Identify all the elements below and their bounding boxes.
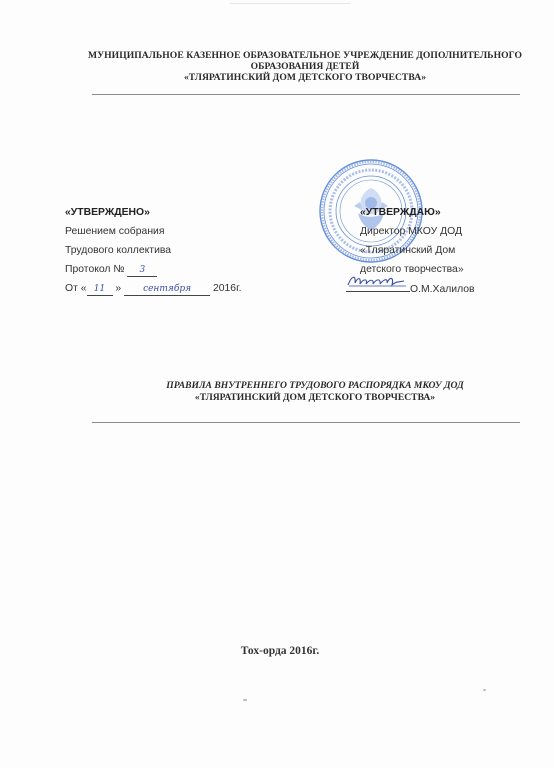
approved-line-1: Решением собрания [65,222,305,241]
document-title: ПРАВИЛА ВНУТРЕННЕГО ТРУДОВОГО РАСПОРЯДКА… [100,380,530,404]
header-line-1: МУНИЦИПАЛЬНОЕ КАЗЕННОЕ ОБРАЗОВАТЕЛЬНОЕ У… [80,50,530,61]
date-line: От «11 » сентября 2016г. [65,279,305,298]
title-line-2: «ТЛЯРАТИНСКИЙ ДОМ ДЕТСКОГО ТВОРЧЕСТВА» [100,392,530,404]
confirm-block: «УТВЕРЖДАЮ» Директор МКОУ ДОД «Тляратинс… [360,203,530,299]
date-year: 2016г. [213,283,242,294]
scan-speck [243,699,247,701]
date-month-field: сентября [124,284,210,296]
date-prefix: От « [65,283,87,294]
approved-line-2: Трудового коллектива [65,241,305,260]
signature-line: О.М.Халилов [346,279,530,299]
approved-heading: «УТВЕРЖДЕНО» [65,203,305,222]
header-divider [92,94,520,95]
signatory-name: О.М.Халилов [410,284,475,295]
protocol-label: Протокол № [65,264,125,275]
approved-block: «УТВЕРЖДЕНО» Решением собрания Трудового… [65,203,305,298]
organization-header: МУНИЦИПАЛЬНОЕ КАЗЕННОЕ ОБРАЗОВАТЕЛЬНОЕ У… [80,50,530,83]
title-divider [92,422,520,423]
protocol-line: Протокол № 3 [65,260,305,279]
confirm-line-2: «Тляратинский Дом [360,241,530,260]
scan-speck [483,689,486,691]
date-mid: » [115,283,121,294]
date-day-field: 11 [87,284,113,296]
scan-edge-mark [230,3,350,4]
confirm-heading: «УТВЕРЖДАЮ» [360,203,530,222]
signature-icon [346,279,410,292]
place-and-year: Тох-орда 2016г. [200,645,360,657]
confirm-line-1: Директор МКОУ ДОД [360,222,530,241]
title-line-1: ПРАВИЛА ВНУТРЕННЕГО ТРУДОВОГО РАСПОРЯДКА… [100,380,530,392]
header-line-3: «ТЛЯРАТИНСКИЙ ДОМ ДЕТСКОГО ТВОРЧЕСТВА» [80,72,530,83]
header-line-2: ОБРАЗОВАНИЯ ДЕТЕЙ [80,61,530,72]
protocol-number-field: 3 [127,265,157,277]
